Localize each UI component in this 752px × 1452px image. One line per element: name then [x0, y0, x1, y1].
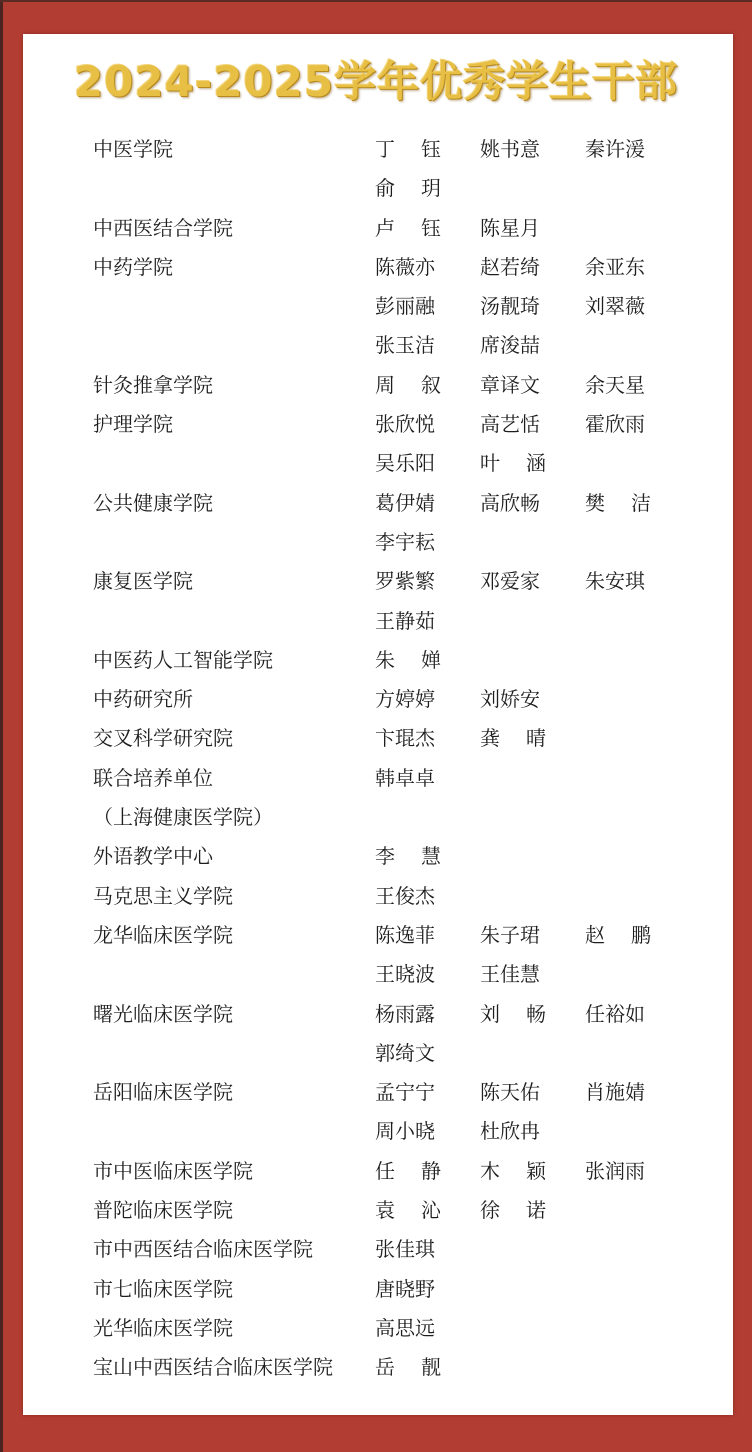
- student-name: 刘娇安: [480, 683, 546, 712]
- student-name: 余亚东: [585, 251, 651, 280]
- student-name: 俞玥: [375, 172, 441, 201]
- list-item: 中医学院丁钰姚书意秦许湲: [0, 127, 752, 166]
- list-item: 郭绮文: [0, 1031, 752, 1070]
- student-name: 王晓波: [375, 958, 441, 987]
- student-name: 龚晴: [480, 722, 546, 751]
- list-item: 市七临床医学院唐晓野: [0, 1267, 752, 1306]
- list-item: 张玉洁席浚喆: [0, 323, 752, 362]
- student-name: 周小晓: [375, 1115, 441, 1144]
- list-item: 王静茹: [0, 599, 752, 638]
- student-name: 王俊杰: [375, 880, 441, 909]
- student-name: 任静: [375, 1155, 441, 1184]
- student-name: 葛伊婧: [375, 487, 441, 516]
- student-name: 周叙: [375, 369, 441, 398]
- unit-name: 交叉科学研究院: [93, 722, 233, 751]
- list-item: 市中医临床医学院任静木颖张润雨: [0, 1149, 752, 1188]
- student-name: 陈薇亦: [375, 251, 441, 280]
- list-item: 护理学院张欣悦高艺恬霍欣雨: [0, 402, 752, 441]
- student-name: 丁钰: [375, 133, 441, 162]
- student-name: 汤靓琦: [480, 290, 546, 319]
- student-name: 叶涵: [480, 447, 546, 476]
- student-name: 陈星月: [480, 212, 546, 241]
- student-name: 高思远: [375, 1312, 441, 1341]
- student-name: 樊洁: [585, 487, 651, 516]
- student-name: 李宇耘: [375, 526, 441, 555]
- unit-name: 市中西医结合临床医学院: [93, 1233, 313, 1262]
- unit-name: 公共健康学院: [93, 487, 213, 516]
- student-name: 吴乐阳: [375, 447, 441, 476]
- unit-name: 岳阳临床医学院: [93, 1076, 233, 1105]
- student-name: 郭绮文: [375, 1037, 441, 1066]
- unit-name: 中药学院: [93, 251, 173, 280]
- unit-name: 中西医结合学院: [93, 212, 233, 241]
- student-name: 李慧: [375, 840, 441, 869]
- list-item: 彭丽融汤靓琦刘翠薇: [0, 284, 752, 323]
- unit-name: 马克思主义学院: [93, 880, 233, 909]
- student-name: 罗紫繁: [375, 565, 441, 594]
- list-item: 外语教学中心李慧: [0, 834, 752, 873]
- unit-name: 龙华临床医学院: [93, 919, 233, 948]
- student-name: 任裕如: [585, 998, 651, 1027]
- student-name: 刘翠薇: [585, 290, 651, 319]
- unit-name: 中医学院: [93, 133, 173, 162]
- list-item: 联合培养单位韩卓卓: [0, 756, 752, 795]
- student-name: 陈天佑: [480, 1076, 546, 1105]
- list-item: （上海健康医学院）: [0, 795, 752, 834]
- student-name: 卢钰: [375, 212, 441, 241]
- unit-name: （上海健康医学院）: [93, 801, 273, 830]
- student-name: 赵鹏: [585, 919, 651, 948]
- student-name: 孟宁宁: [375, 1076, 441, 1105]
- list-item: 交叉科学研究院卞琨杰龚晴: [0, 716, 752, 755]
- list-item: 公共健康学院葛伊婧高欣畅樊洁: [0, 481, 752, 520]
- list-item: 中药研究所方婷婷刘娇安: [0, 677, 752, 716]
- student-name: 席浚喆: [480, 329, 546, 358]
- list-item: 针灸推拿学院周叙章译文余天星: [0, 363, 752, 402]
- student-name: 张欣悦: [375, 408, 441, 437]
- unit-name: 市中医临床医学院: [93, 1155, 253, 1184]
- student-name: 袁沁: [375, 1194, 441, 1223]
- student-name: 霍欣雨: [585, 408, 651, 437]
- student-name: 张润雨: [585, 1155, 651, 1184]
- unit-name: 宝山中西医结合临床医学院: [93, 1351, 333, 1380]
- student-name: 张玉洁: [375, 329, 441, 358]
- list-item: 龙华临床医学院陈逸菲朱子珺赵鹏: [0, 913, 752, 952]
- list-item: 普陀临床医学院袁沁徐诺: [0, 1188, 752, 1227]
- award-list: 中医学院丁钰姚书意秦许湲俞玥中西医结合学院卢钰陈星月中药学院陈薇亦赵若绮余亚东彭…: [0, 127, 752, 1385]
- unit-name: 中药研究所: [93, 683, 193, 712]
- student-name: 邓爱家: [480, 565, 546, 594]
- student-name: 陈逸菲: [375, 919, 441, 948]
- unit-name: 康复医学院: [93, 565, 193, 594]
- student-name: 赵若绮: [480, 251, 546, 280]
- student-name: 朱子珺: [480, 919, 546, 948]
- student-name: 高欣畅: [480, 487, 546, 516]
- student-name: 唐晓野: [375, 1273, 441, 1302]
- unit-name: 外语教学中心: [93, 840, 213, 869]
- page-title: 2024-2025学年优秀学生干部: [0, 52, 752, 112]
- list-item: 中医药人工智能学院朱婵: [0, 638, 752, 677]
- student-name: 卞琨杰: [375, 722, 441, 751]
- unit-name: 护理学院: [93, 408, 173, 437]
- unit-name: 中医药人工智能学院: [93, 644, 273, 673]
- unit-name: 市七临床医学院: [93, 1273, 233, 1302]
- list-item: 吴乐阳叶涵: [0, 441, 752, 480]
- list-item: 王晓波王佳慧: [0, 952, 752, 991]
- list-item: 宝山中西医结合临床医学院岳靓: [0, 1345, 752, 1384]
- student-name: 章译文: [480, 369, 546, 398]
- student-name: 王静茹: [375, 605, 441, 634]
- student-name: 杨雨露: [375, 998, 441, 1027]
- student-name: 肖施婧: [585, 1076, 651, 1105]
- student-name: 韩卓卓: [375, 762, 441, 791]
- list-item: 俞玥: [0, 166, 752, 205]
- unit-name: 普陀临床医学院: [93, 1194, 233, 1223]
- unit-name: 光华临床医学院: [93, 1312, 233, 1341]
- student-name: 姚书意: [480, 133, 546, 162]
- student-name: 木颖: [480, 1155, 546, 1184]
- student-name: 张佳琪: [375, 1233, 441, 1262]
- unit-name: 联合培养单位: [93, 762, 213, 791]
- student-name: 徐诺: [480, 1194, 546, 1223]
- student-name: 朱婵: [375, 644, 441, 673]
- student-name: 方婷婷: [375, 683, 441, 712]
- list-item: 中西医结合学院卢钰陈星月: [0, 206, 752, 245]
- list-item: 中药学院陈薇亦赵若绮余亚东: [0, 245, 752, 284]
- student-name: 秦许湲: [585, 133, 651, 162]
- student-name: 杜欣冉: [480, 1115, 546, 1144]
- unit-name: 曙光临床医学院: [93, 998, 233, 1027]
- list-item: 岳阳临床医学院孟宁宁陈天佑肖施婧: [0, 1070, 752, 1109]
- list-item: 马克思主义学院王俊杰: [0, 874, 752, 913]
- list-item: 曙光临床医学院杨雨露刘畅任裕如: [0, 992, 752, 1031]
- student-name: 王佳慧: [480, 958, 546, 987]
- list-item: 康复医学院罗紫繁邓爱家朱安琪: [0, 559, 752, 598]
- unit-name: 针灸推拿学院: [93, 369, 213, 398]
- student-name: 岳靓: [375, 1351, 441, 1380]
- list-item: 光华临床医学院高思远: [0, 1306, 752, 1345]
- student-name: 余天星: [585, 369, 651, 398]
- student-name: 刘畅: [480, 998, 546, 1027]
- list-item: 李宇耘: [0, 520, 752, 559]
- student-name: 高艺恬: [480, 408, 546, 437]
- list-item: 周小晓杜欣冉: [0, 1109, 752, 1148]
- student-name: 彭丽融: [375, 290, 441, 319]
- student-name: 朱安琪: [585, 565, 651, 594]
- list-item: 市中西医结合临床医学院张佳琪: [0, 1227, 752, 1266]
- frame-edge: [0, 0, 752, 2]
